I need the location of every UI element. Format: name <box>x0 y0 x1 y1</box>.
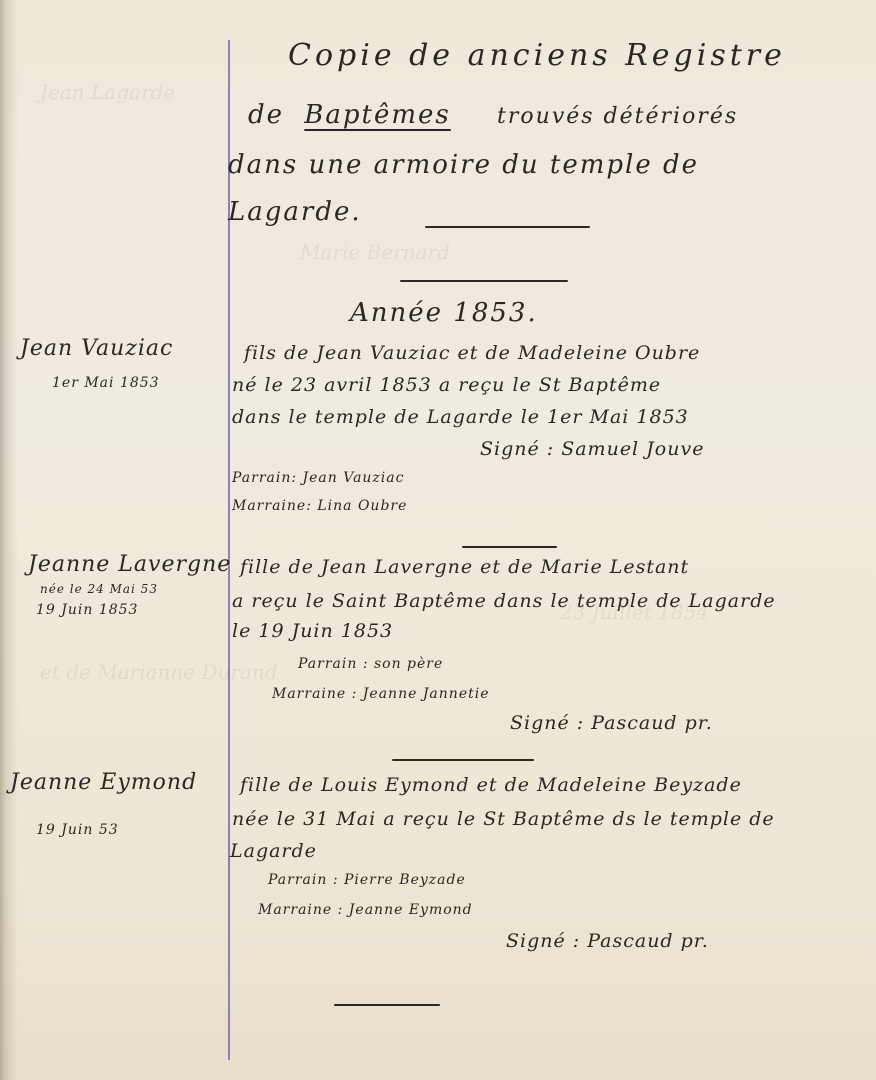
header-suffix: trouvés détériorés <box>497 104 738 129</box>
bleed-through-text: Jean Lagarde <box>40 80 175 104</box>
entry-1-marraine: Marraine: Lina Oubre <box>232 498 407 514</box>
entry-2-signature: Signé : Pascaud pr. <box>510 712 713 734</box>
entry-1-parrain: Parrain: Jean Vauziac <box>232 470 404 486</box>
entry-2-birth-note: née le 24 Mai 53 <box>40 582 158 596</box>
section-rule <box>400 280 568 282</box>
entry-1-line-3: dans le temple de Lagarde le 1er Mai 185… <box>232 406 689 428</box>
entry-3-line-3: Lagarde <box>230 840 317 862</box>
header-line-1: Copie de anciens Registre <box>288 38 786 73</box>
entry-3-parrain: Parrain : Pierre Beyzade <box>268 872 466 888</box>
entry-2-line-3: le 19 Juin 1853 <box>232 620 393 642</box>
header-rule <box>425 226 590 228</box>
year-heading: Année 1853. <box>350 298 538 328</box>
header-prefix: de <box>248 100 284 130</box>
entry-1-name: Jean Vauziac <box>20 336 173 361</box>
entry-separator <box>462 546 557 548</box>
entry-3-line-1: fille de Louis Eymond et de Madeleine Be… <box>240 774 742 796</box>
entry-2-parrain: Parrain : son père <box>298 656 443 672</box>
closing-rule <box>334 1004 440 1006</box>
entry-2-line-1: fille de Jean Lavergne et de Marie Lesta… <box>240 556 689 578</box>
entry-3-date: 19 Juin 53 <box>36 822 119 838</box>
bleed-through-text: et de Marianne Durand <box>40 660 278 684</box>
register-page: Jean Lagarde Marie Bernard 23 Juillet 18… <box>0 0 876 1080</box>
bleed-through-text: Marie Bernard <box>300 240 450 264</box>
header-line-4: Lagarde. <box>228 197 362 227</box>
entry-1-date: 1er Mai 1853 <box>52 375 160 391</box>
entry-2-date: 19 Juin 1853 <box>36 602 138 618</box>
entry-3-name: Jeanne Eymond <box>10 770 197 795</box>
entry-3-marraine: Marraine : Jeanne Eymond <box>258 902 473 918</box>
entry-3-line-2: née le 31 Mai a reçu le St Baptême ds le… <box>232 808 775 830</box>
entry-separator <box>392 759 534 761</box>
entry-2-marraine: Marraine : Jeanne Jannetie <box>272 686 490 702</box>
entry-2-line-2: a reçu le Saint Baptême dans le temple d… <box>232 590 776 612</box>
entry-1-line-1: fils de Jean Vauziac et de Madeleine Oub… <box>244 342 700 364</box>
entry-2-name: Jeanne Lavergne <box>28 552 231 577</box>
header-baptemes: Baptêmes <box>304 100 450 130</box>
entry-3-signature: Signé : Pascaud pr. <box>506 930 709 952</box>
margin-rule <box>228 40 230 1060</box>
entry-1-signature: Signé : Samuel Jouve <box>480 438 704 460</box>
header-line-2: de Baptêmes trouvés détériorés <box>248 100 738 130</box>
entry-1-line-2: né le 23 avril 1853 a reçu le St Baptême <box>232 374 661 396</box>
header-line-3: dans une armoire du temple de <box>228 150 699 180</box>
